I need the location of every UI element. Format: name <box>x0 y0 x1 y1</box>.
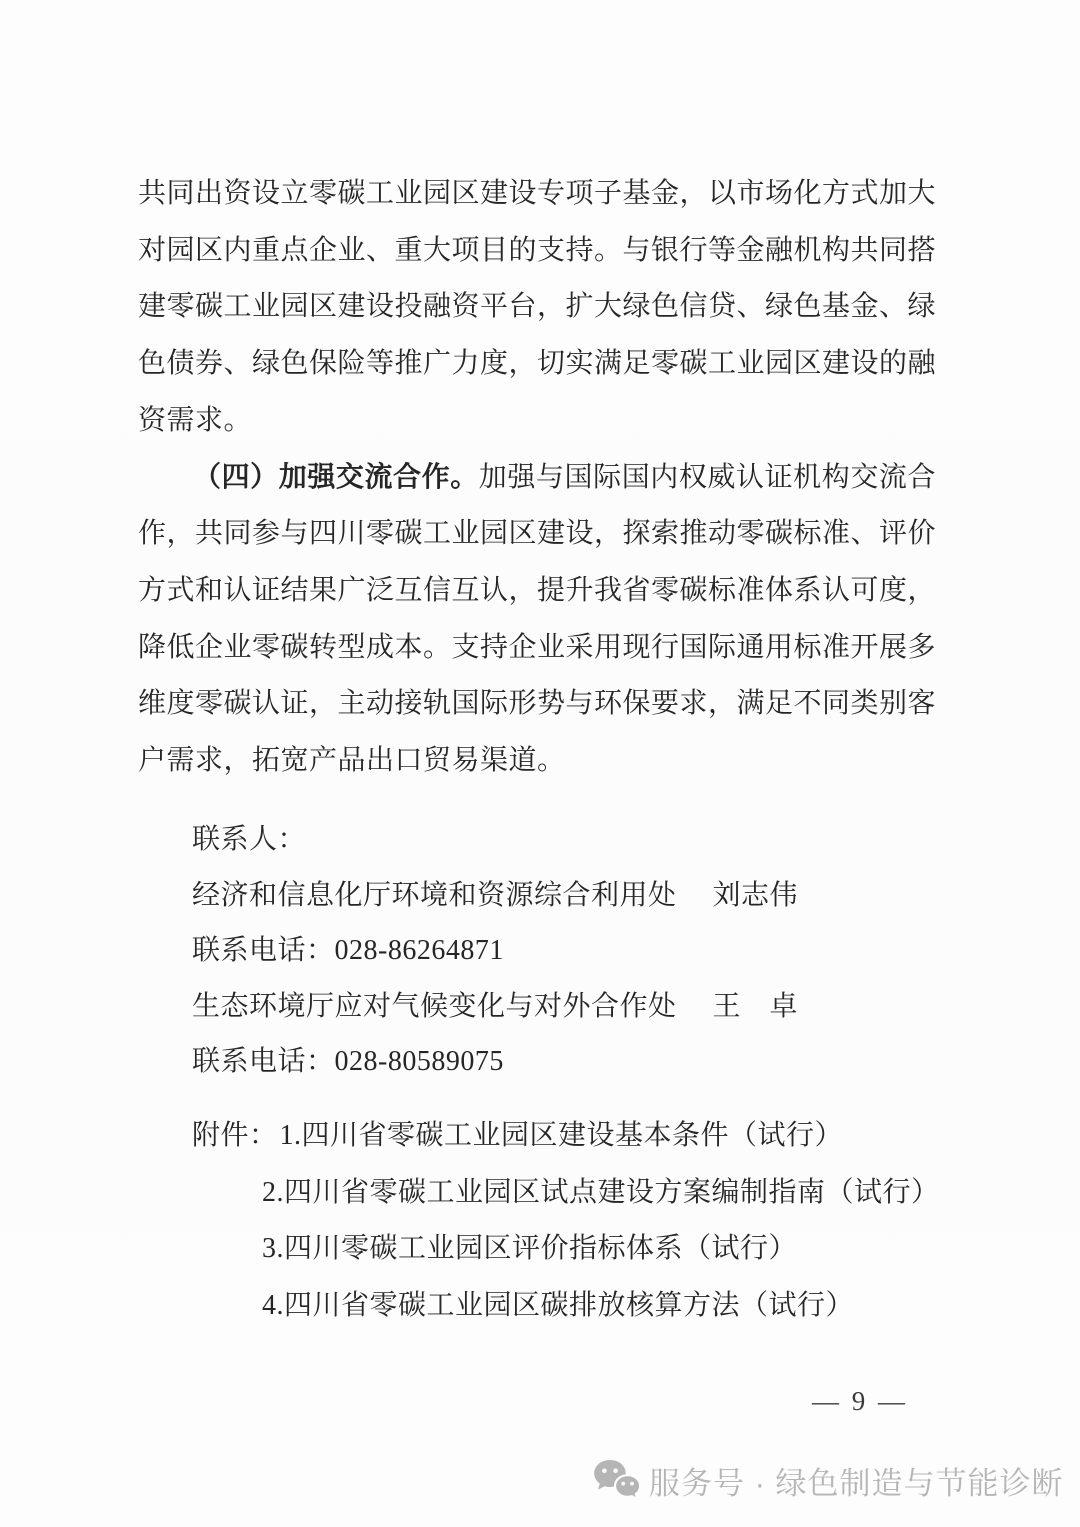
paragraph-line: 资需求。 <box>138 393 936 450</box>
contact-phone: 联系电话：028-80589075 <box>192 1034 936 1090</box>
wechat-account-label: 服务号 · 绿色制造与节能诊断 <box>649 1458 1064 1503</box>
attachments-list: 附件： 1.四川省零碳工业园区建设基本条件（试行） 2.四川省零碳工业园区试点建… <box>192 1108 952 1334</box>
contact-dept-person: 经济和信息化厅环境和资源综合利用处 刘志伟 <box>192 868 936 924</box>
document-body: 共同出资设立零碳工业园区建设专项子基金，以市场化方式加大 对园区内重点企业、重大… <box>138 166 936 790</box>
wechat-icon <box>593 1459 641 1503</box>
section-heading: （四）加强交流合作。 <box>193 462 479 493</box>
paragraph-line: 方式和认证结果广泛互信互认，提升我省零碳标准体系认可度， <box>138 563 936 620</box>
attachment-item: 1.四川省零碳工业园区建设基本条件（试行） <box>280 1108 844 1165</box>
contact-phone: 联系电话：028-86264871 <box>192 923 936 979</box>
paragraph-text: 加强与国际国内权威认证机构交流合 <box>479 462 936 493</box>
paragraph-line: 维度零碳认证，主动接轨国际形势与环保要求，满足不同类别客 <box>138 676 936 733</box>
paragraph-line: 降低企业零碳转型成本。支持企业采用现行国际通用标准开展多 <box>138 620 936 677</box>
scanned-document-page: 共同出资设立零碳工业园区建设专项子基金，以市场化方式加大 对园区内重点企业、重大… <box>0 0 1080 1527</box>
paragraph-line: 对园区内重点企业、重大项目的支持。与银行等金融机构共同搭 <box>138 223 936 280</box>
attachments-label: 附件： <box>192 1108 278 1165</box>
attachment-item: 4.四川省零碳工业园区碳排放核算方法（试行） <box>262 1278 952 1335</box>
attachment-item: 2.四川省零碳工业园区试点建设方案编制指南（试行） <box>262 1165 952 1222</box>
paragraph-line: 色债券、绿色保险等推广力度，切实满足零碳工业园区建设的融 <box>138 336 936 393</box>
attachment-item: 3.四川零碳工业园区评价指标体系（试行） <box>262 1221 952 1278</box>
paragraph-line: 作，共同参与四川零碳工业园区建设，探索推动零碳标准、评价 <box>138 506 936 563</box>
page-number: — 9 — <box>770 1386 950 1417</box>
wechat-watermark: 服务号 · 绿色制造与节能诊断 <box>593 1458 1064 1503</box>
paragraph-line: 户需求，拓宽产品出口贸易渠道。 <box>138 733 936 790</box>
paragraph-line: （四）加强交流合作。加强与国际国内权威认证机构交流合 <box>138 450 936 507</box>
contact-dept-person: 生态环境厅应对气候变化与对外合作处 王 卓 <box>192 979 936 1035</box>
contact-label: 联系人： <box>192 812 936 868</box>
paragraph-line: 建零碳工业园区建设投融资平台，扩大绿色信贷、绿色基金、绿 <box>138 279 936 336</box>
paragraph-line: 共同出资设立零碳工业园区建设专项子基金，以市场化方式加大 <box>138 166 936 223</box>
contact-info: 联系人： 经济和信息化厅环境和资源综合利用处 刘志伟 联系电话：028-8626… <box>192 812 936 1090</box>
